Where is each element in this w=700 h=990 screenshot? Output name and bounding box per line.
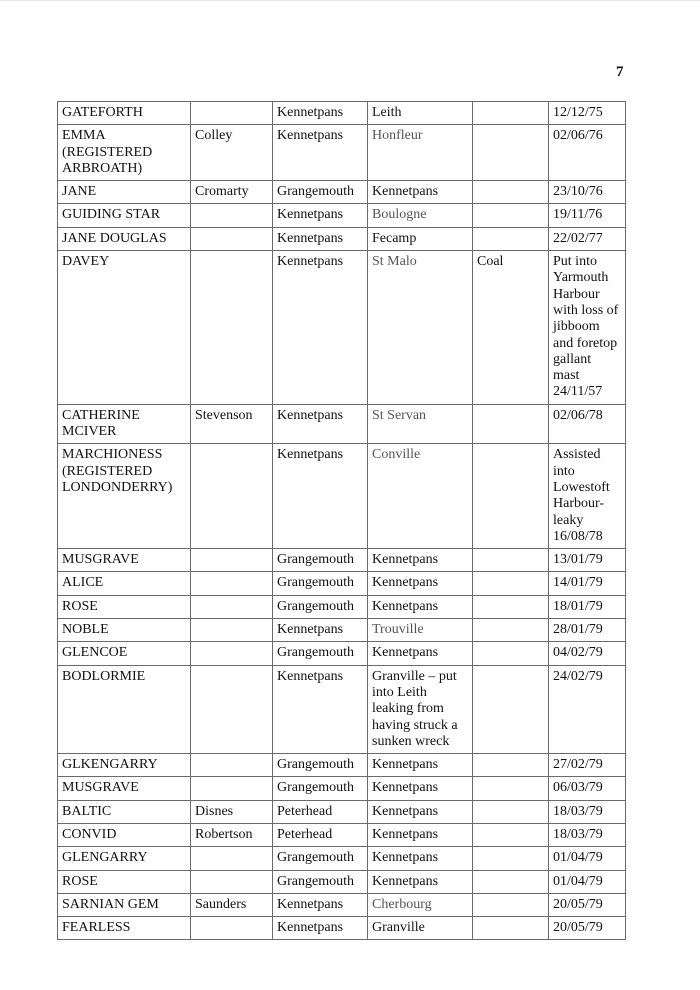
cell-from-port: Kennetpans	[273, 404, 368, 444]
cell-master	[191, 870, 273, 893]
cell-to-port: Kennetpans	[368, 823, 473, 846]
cell-date-notes: 13/01/79	[549, 549, 626, 572]
cell-date-notes: 18/03/79	[549, 800, 626, 823]
table-row: NOBLEKennetpansTrouville28/01/79	[58, 619, 626, 642]
cell-vessel-name: GUIDING STAR	[58, 204, 191, 227]
cell-to-port: Cherbourg	[368, 893, 473, 916]
cell-to-port: Trouville	[368, 619, 473, 642]
cell-master	[191, 204, 273, 227]
cell-master	[191, 777, 273, 800]
cell-from-port: Kennetpans	[273, 102, 368, 125]
cell-to-port: Kennetpans	[368, 549, 473, 572]
cell-from-port: Kennetpans	[273, 917, 368, 940]
table-row: ROSEGrangemouthKennetpans18/01/79	[58, 595, 626, 618]
table-row: GLENCOEGrangemouthKennetpans04/02/79	[58, 642, 626, 665]
cell-from-port: Kennetpans	[273, 619, 368, 642]
cell-to-port: Honfleur	[368, 125, 473, 181]
cell-from-port: Kennetpans	[273, 444, 368, 549]
cell-from-port: Kennetpans	[273, 251, 368, 405]
cell-vessel-name: ALICE	[58, 572, 191, 595]
table-row: MUSGRAVEGrangemouthKennetpans13/01/79	[58, 549, 626, 572]
cell-date-notes: 27/02/79	[549, 754, 626, 777]
cell-cargo	[473, 549, 549, 572]
cell-date-notes: 02/06/76	[549, 125, 626, 181]
cell-vessel-name: CATHERINE MCIVER	[58, 404, 191, 444]
cell-master	[191, 619, 273, 642]
cell-master	[191, 549, 273, 572]
cell-vessel-name: ROSE	[58, 595, 191, 618]
cell-cargo	[473, 125, 549, 181]
cell-vessel-name: JANE	[58, 181, 191, 204]
cell-vessel-name: SARNIAN GEM	[58, 893, 191, 916]
cell-cargo	[473, 642, 549, 665]
table-row: GLKENGARRYGrangemouthKennetpans27/02/79	[58, 754, 626, 777]
cell-master	[191, 102, 273, 125]
cell-cargo	[473, 181, 549, 204]
cell-from-port: Peterhead	[273, 800, 368, 823]
cell-master: Disnes	[191, 800, 273, 823]
cell-to-port: St Servan	[368, 404, 473, 444]
cell-master	[191, 754, 273, 777]
cell-vessel-name: JANE DOUGLAS	[58, 227, 191, 250]
cell-cargo	[473, 102, 549, 125]
table-row: DAVEYKennetpansSt MaloCoalPut into Yarmo…	[58, 251, 626, 405]
cell-vessel-name: CONVID	[58, 823, 191, 846]
cell-vessel-name: GLENGARRY	[58, 847, 191, 870]
table-row: GLENGARRYGrangemouthKennetpans01/04/79	[58, 847, 626, 870]
cell-master	[191, 642, 273, 665]
cell-date-notes: 28/01/79	[549, 619, 626, 642]
cell-master	[191, 847, 273, 870]
table-row: FEARLESSKennetpansGranville20/05/79	[58, 917, 626, 940]
cell-cargo	[473, 595, 549, 618]
cell-vessel-name: MUSGRAVE	[58, 777, 191, 800]
shipping-table: GATEFORTHKennetpansLeith12/12/75EMMA (RE…	[57, 101, 626, 940]
page-number: 7	[616, 64, 624, 81]
cell-date-notes: 23/10/76	[549, 181, 626, 204]
cell-cargo	[473, 823, 549, 846]
cell-from-port: Grangemouth	[273, 642, 368, 665]
cell-from-port: Peterhead	[273, 823, 368, 846]
cell-cargo	[473, 917, 549, 940]
cell-from-port: Kennetpans	[273, 204, 368, 227]
cell-master: Colley	[191, 125, 273, 181]
cell-from-port: Grangemouth	[273, 572, 368, 595]
cell-master: Cromarty	[191, 181, 273, 204]
table-row: SARNIAN GEMSaundersKennetpansCherbourg20…	[58, 893, 626, 916]
cell-cargo	[473, 800, 549, 823]
cell-cargo	[473, 227, 549, 250]
cell-cargo	[473, 444, 549, 549]
cell-to-port: Kennetpans	[368, 642, 473, 665]
table-body: GATEFORTHKennetpansLeith12/12/75EMMA (RE…	[58, 102, 626, 940]
cell-date-notes: 12/12/75	[549, 102, 626, 125]
cell-master: Stevenson	[191, 404, 273, 444]
cell-date-notes: 01/04/79	[549, 847, 626, 870]
cell-to-port: Leith	[368, 102, 473, 125]
cell-from-port: Grangemouth	[273, 595, 368, 618]
cell-cargo	[473, 572, 549, 595]
table-row: CONVIDRobertsonPeterheadKennetpans18/03/…	[58, 823, 626, 846]
cell-date-notes: 18/01/79	[549, 595, 626, 618]
cell-to-port: Kennetpans	[368, 800, 473, 823]
cell-vessel-name: BODLORMIE	[58, 665, 191, 753]
scan-edge	[0, 0, 700, 1]
table-row: BODLORMIEKennetpansGranville – put into …	[58, 665, 626, 753]
cell-master: Saunders	[191, 893, 273, 916]
cell-date-notes: 19/11/76	[549, 204, 626, 227]
cell-cargo	[473, 777, 549, 800]
cell-from-port: Kennetpans	[273, 227, 368, 250]
cell-master	[191, 227, 273, 250]
cell-from-port: Grangemouth	[273, 870, 368, 893]
cell-vessel-name: MARCHIONESS (REGISTERED LONDONDERRY)	[58, 444, 191, 549]
cell-vessel-name: MUSGRAVE	[58, 549, 191, 572]
table-row: EMMA (REGISTERED ARBROATH)ColleyKennetpa…	[58, 125, 626, 181]
cell-from-port: Grangemouth	[273, 549, 368, 572]
cell-vessel-name: NOBLE	[58, 619, 191, 642]
cell-vessel-name: GLKENGARRY	[58, 754, 191, 777]
cell-to-port: Kennetpans	[368, 847, 473, 870]
cell-master	[191, 595, 273, 618]
cell-vessel-name: FEARLESS	[58, 917, 191, 940]
cell-from-port: Grangemouth	[273, 754, 368, 777]
table-row: MARCHIONESS (REGISTERED LONDONDERRY)Kenn…	[58, 444, 626, 549]
cell-vessel-name: BALTIC	[58, 800, 191, 823]
cell-cargo	[473, 754, 549, 777]
table-row: GATEFORTHKennetpansLeith12/12/75	[58, 102, 626, 125]
cell-date-notes: 20/05/79	[549, 917, 626, 940]
cell-to-port: Kennetpans	[368, 754, 473, 777]
table-row: JANE DOUGLASKennetpansFecamp22/02/77	[58, 227, 626, 250]
cell-vessel-name: GLENCOE	[58, 642, 191, 665]
cell-to-port: Kennetpans	[368, 181, 473, 204]
cell-cargo	[473, 870, 549, 893]
cell-from-port: Grangemouth	[273, 847, 368, 870]
table-row: JANECromartyGrangemouthKennetpans23/10/7…	[58, 181, 626, 204]
cell-cargo	[473, 404, 549, 444]
cell-vessel-name: DAVEY	[58, 251, 191, 405]
cell-to-port: Kennetpans	[368, 777, 473, 800]
cell-date-notes: 18/03/79	[549, 823, 626, 846]
table-row: MUSGRAVEGrangemouthKennetpans06/03/79	[58, 777, 626, 800]
cell-cargo: Coal	[473, 251, 549, 405]
cell-to-port: Granville – put into Leith leaking from …	[368, 665, 473, 753]
cell-cargo	[473, 204, 549, 227]
table-row: CATHERINE MCIVERStevensonKennetpansSt Se…	[58, 404, 626, 444]
cell-from-port: Kennetpans	[273, 125, 368, 181]
cell-vessel-name: ROSE	[58, 870, 191, 893]
cell-date-notes: 01/04/79	[549, 870, 626, 893]
cell-to-port: Fecamp	[368, 227, 473, 250]
cell-master	[191, 572, 273, 595]
table-row: ALICEGrangemouthKennetpans14/01/79	[58, 572, 626, 595]
cell-master	[191, 251, 273, 405]
cell-to-port: Boulogne	[368, 204, 473, 227]
cell-date-notes: 20/05/79	[549, 893, 626, 916]
table-row: ROSEGrangemouthKennetpans01/04/79	[58, 870, 626, 893]
cell-to-port: Kennetpans	[368, 595, 473, 618]
cell-to-port: Conville	[368, 444, 473, 549]
cell-to-port: Kennetpans	[368, 870, 473, 893]
cell-to-port: St Malo	[368, 251, 473, 405]
cell-date-notes: 24/02/79	[549, 665, 626, 753]
cell-vessel-name: GATEFORTH	[58, 102, 191, 125]
cell-to-port: Kennetpans	[368, 572, 473, 595]
cell-master	[191, 917, 273, 940]
cell-date-notes: 06/03/79	[549, 777, 626, 800]
cell-master: Robertson	[191, 823, 273, 846]
cell-cargo	[473, 619, 549, 642]
cell-date-notes: 02/06/78	[549, 404, 626, 444]
table-row: BALTICDisnesPeterheadKennetpans18/03/79	[58, 800, 626, 823]
cell-master	[191, 665, 273, 753]
cell-cargo	[473, 893, 549, 916]
cell-from-port: Kennetpans	[273, 665, 368, 753]
cell-to-port: Granville	[368, 917, 473, 940]
cell-cargo	[473, 847, 549, 870]
cell-from-port: Grangemouth	[273, 181, 368, 204]
cell-date-notes: 22/02/77	[549, 227, 626, 250]
cell-vessel-name: EMMA (REGISTERED ARBROATH)	[58, 125, 191, 181]
cell-from-port: Grangemouth	[273, 777, 368, 800]
cell-date-notes: 04/02/79	[549, 642, 626, 665]
cell-date-notes: 14/01/79	[549, 572, 626, 595]
cell-master	[191, 444, 273, 549]
cell-date-notes: Assisted into Lowestoft Harbour-leaky 16…	[549, 444, 626, 549]
cell-cargo	[473, 665, 549, 753]
cell-date-notes: Put into Yarmouth Harbour with loss of j…	[549, 251, 626, 405]
cell-from-port: Kennetpans	[273, 893, 368, 916]
table-row: GUIDING STARKennetpansBoulogne19/11/76	[58, 204, 626, 227]
